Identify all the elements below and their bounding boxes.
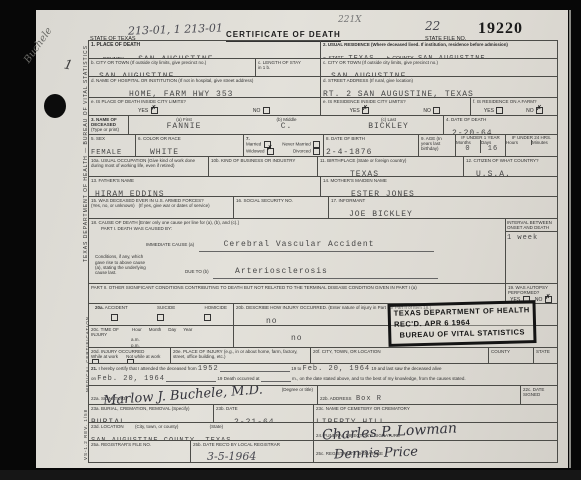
last-name-cell: (c) Last BICKLEY (334, 116, 444, 135)
length-of-stay-note: in 1 b. (258, 65, 318, 70)
first-name-cell: (a) First FANNIE (129, 116, 239, 135)
interval-cell: INTERVAL BETWEEN ONSET AND DEATH 1 week (506, 219, 558, 284)
residence-limits-no-checkbox (433, 107, 440, 114)
street-address-value: RT. 2 SAN AUGUSTINE, TEXAS (323, 90, 474, 98)
under-24-hrs-cell: IF UNDER 24 HRS. Hours Minutes (506, 135, 558, 157)
date-of-birth-cell: 8. DATE OF BIRTH 2-4-1876 (324, 135, 419, 157)
certify-to-word: to (297, 366, 301, 371)
suicide-label: SUICIDE (157, 305, 175, 310)
registrar-signature-cell: 25c. REGISTRAR'S SIGNATURE Dennis Price (314, 441, 558, 463)
death-occurred-label: Death occurred at (224, 376, 260, 381)
corner-pencil-note: Buchele (22, 26, 54, 66)
ssn-cell: 16. SOCIAL SECURITY NO. (234, 197, 329, 219)
accident-label: ACCIDENT (105, 305, 128, 310)
never-married-label: Never Married (282, 142, 311, 147)
death-occurred-text: m., on the date stated above, and to the… (292, 376, 466, 381)
handwritten-title-note: 221X (338, 15, 362, 25)
pod-city-limits-label: e. IS PLACE OF DEATH INSIDE CITY LIMITS? (91, 99, 318, 104)
injury-county-cell: COUNTY (489, 348, 534, 364)
registrar-received-value: 3-5-1964 (207, 450, 256, 463)
burial-type-cell: 23a. BURIAL, CREMATION, REMOVAL (Specify… (89, 405, 214, 423)
registrar-file-label: 25a. REGISTRAR'S FILE NO. (91, 442, 188, 447)
handwritten-file-numbers: 213-01, 1 213-01 (128, 21, 223, 37)
birthplace-cell: 11. BIRTHPLACE (State or foreign country… (318, 157, 464, 177)
name-note: (Type or print) (91, 127, 126, 132)
registrar-signature: Dennis Price (334, 445, 418, 463)
months-value: 0 (456, 145, 480, 153)
pod-limits-yes-checkbox: ✗ (151, 107, 158, 114)
describe-injury-value: no (266, 317, 278, 326)
occupation-label: 10a. USUAL OCCUPATION (Give kind of work… (91, 158, 206, 168)
location-note2: (State) (210, 424, 224, 429)
conditions-note: Conditions, if any, which gave rise to a… (95, 254, 147, 284)
yes-label: YES (350, 108, 360, 114)
burial-type-label: 23a. BURIAL, CREMATION, REMOVAL (Specify… (91, 406, 211, 411)
certify-year2: 19 (371, 366, 376, 371)
homicide-checkbox (204, 314, 211, 321)
age-cell: 9. AGE (In years last birthday) 88 (419, 135, 456, 157)
burial-date-label: 23b. DATE (216, 406, 311, 411)
father-name-label: 13. FATHER'S NAME (91, 178, 318, 183)
date-of-birth-label: 8. DATE OF BIRTH (326, 136, 416, 141)
attended-from-value: 1952 (198, 365, 219, 373)
physician-address-cell: 22b. ADDRESS Box R San Augustine, Texas. (318, 386, 521, 405)
due-to-b-value: Arteriosclerosis (235, 267, 328, 276)
attended-to-value: Feb. 20, 1964 (303, 365, 371, 373)
first-name-value: FANNIE (131, 122, 237, 131)
name-of-deceased-label: 3. NAME OF DECEASED (91, 117, 117, 127)
hospital-cell: d. NAME OF HOSPITAL OR INSTITUTION (If n… (89, 77, 321, 98)
pod-city-label: b. CITY OR TOWN (If outside city limits,… (91, 60, 253, 65)
race-label: 6. COLOR OR RACE (138, 136, 241, 141)
physician-signature: Marlow J. Buchele, M.D. (103, 386, 264, 405)
injury-state-label: STATE (536, 349, 555, 354)
part1-label: PART I. DEATH WAS CAUSED BY: (101, 226, 503, 231)
time-of-injury-cell: 20c. TIME OF INJURY Hour Month Day Year … (89, 326, 234, 348)
widowed-label: Widowed (246, 149, 265, 154)
place-of-death-section-label: 1. PLACE OF DEATH (91, 42, 140, 48)
residence-city-limits-cell: e. IS RESIDENCE INSIDE CITY LIMITS? YES … (321, 98, 471, 116)
burial-location-cell: 23d. LOCATION (City, town, or county) (S… (89, 423, 314, 441)
no-label: NO (253, 108, 261, 114)
armed-forces-cell: 15. WAS DECEASED EVER IN U.S. ARMED FORC… (89, 197, 234, 219)
certify-year1: 19 (291, 366, 296, 371)
informant-value: JOE BICKLEY (349, 210, 413, 219)
citizen-value: U.S.A. (476, 170, 511, 177)
certify-number: 21. (91, 366, 97, 371)
ssn-label: 16. SOCIAL SECURITY NO. (236, 198, 326, 203)
days-value: 16 (481, 145, 505, 153)
usual-residence-section-label: 2. USUAL RESIDENCE (Where deceased lived… (323, 42, 508, 47)
father-name-value: HIRAM EDDINS (95, 190, 165, 197)
injury-a-number: 20a. (95, 305, 104, 310)
hospital-note: (If not in hospital, give street address… (178, 78, 253, 83)
hour-label: Hour (132, 327, 142, 337)
injury-city-label: 20f. CITY, TOWN, OR LOCATION (313, 349, 486, 354)
last-seen-alive-value: Feb. 20, 1964 (97, 375, 165, 383)
business-label: 10b. KIND OF BUSINESS OR INDUSTRY (211, 158, 315, 163)
pm-label: p.m. (131, 343, 140, 348)
last-name-value: BICKLEY (336, 122, 441, 131)
armed-forces-note2: (If yes, give war or dates of service) (139, 203, 210, 208)
interval-label: INTERVAL BETWEEN ONSET AND DEATH (506, 219, 557, 232)
married-label: Married (246, 142, 261, 147)
birthplace-value: TEXAS (350, 170, 379, 177)
immediate-cause-value: Cerebral Vascular Accident (224, 240, 375, 249)
injury-city-cell: 20f. CITY, TOWN, OR LOCATION no (311, 348, 489, 364)
hospital-value: HOME, FARM HWY 353 (129, 90, 233, 98)
divorced-checkbox (313, 148, 320, 155)
farm-yes-checkbox (496, 107, 503, 114)
accident-suicide-homicide-cell: 20a. ACCIDENT SUICIDE HOMICIDE (89, 304, 234, 326)
corner-pencil-number: 1 (63, 57, 74, 73)
cemetery-label: 23c. NAME OF CEMETERY OR CREMATORY (316, 406, 555, 411)
injury-state-cell: STATE (534, 348, 558, 364)
pod-limits-no-checkbox (263, 107, 270, 114)
yes-label: YES (484, 108, 494, 114)
hospital-label: d. NAME OF HOSPITAL OR INSTITUTION (91, 78, 177, 83)
funeral-director-signature: Charles P. Lowman (322, 423, 458, 441)
armed-forces-note1: (Yes, no, or unknown) (91, 203, 135, 208)
time-of-injury-label: 20c. TIME OF INJURY (91, 327, 125, 337)
street-address-cell: d. STREET ADDRESS (If rural, give locati… (321, 77, 558, 98)
father-name-cell: 13. FATHER'S NAME HIRAM EDDINS (89, 177, 321, 197)
registrar-file-cell: 25a. REGISTRAR'S FILE NO. (89, 441, 191, 463)
injury-occurred-cell: 20d. INJURY OCCURRED While at work Not w… (89, 348, 171, 364)
certify-text2: and last saw the deceased alive (378, 366, 442, 371)
farm-no-checkbox: ✗ (536, 107, 543, 114)
homicide-label: HOMICIDE (205, 305, 228, 310)
informant-label: 17. INFORMANT (331, 198, 555, 203)
location-note1: (City, town, or county) (135, 424, 178, 429)
date-of-death-cell: 4. DATE OF DEATH 2-20-64 (444, 116, 558, 135)
injury-county-label: COUNTY (491, 349, 531, 354)
residence-city-cell: c. CITY OR TOWN (If outside city limits,… (321, 59, 558, 77)
under-one-year-cell: IF UNDER 1 YEAR Months 0 Days 16 (456, 135, 506, 157)
middle-name-value: C. (241, 122, 332, 131)
location-label: 23d. LOCATION (91, 424, 124, 429)
never-married-checkbox (313, 141, 320, 148)
sex-cell: 5. SEX FEMALE (89, 135, 136, 157)
no-label: NO (535, 297, 543, 303)
funeral-director-cell: 24. FUNERAL DIRECTOR'S SIGNATURE Charles… (314, 423, 558, 441)
race-cell: 6. COLOR OR RACE WHITE (136, 135, 244, 157)
race-value: WHITE (150, 148, 179, 157)
burial-date-cell: 23b. DATE 2-21-64 (214, 405, 314, 423)
street-address-label: d. STREET ADDRESS (If rural, give locati… (323, 78, 555, 83)
sex-label: 5. SEX (91, 136, 133, 141)
minutes-label: Minutes (532, 140, 557, 145)
certify-on-word: on (91, 376, 96, 381)
middle-name-cell: (b) Middle C. (239, 116, 334, 135)
citizen-cell: 12. CITIZEN OF WHAT COUNTRY? U.S.A. (464, 157, 558, 177)
date-of-birth-value: 2-4-1876 (326, 148, 372, 157)
cause-of-death-cell: 18. CAUSE OF DEATH [Enter only one cause… (89, 219, 506, 284)
suicide-checkbox (157, 314, 164, 321)
birthplace-label: 11. BIRTHPLACE (State or foreign country… (320, 158, 461, 163)
degree-note: (Degree or title) (282, 387, 313, 392)
residence-farm-cell: f. IS RESIDENCE ON A FARM? YES NO ✗ (471, 98, 558, 116)
occupation-cell: 10a. USUAL OCCUPATION (Give kind of work… (89, 157, 209, 177)
certificate-number: 19220 (478, 20, 523, 38)
hours-label: Hours (506, 140, 531, 145)
no-label: NO (423, 108, 431, 114)
residence-city-label: c. CITY OR TOWN (If outside city limits,… (323, 60, 555, 65)
place-of-injury-label: 20e. PLACE OF INJURY (e.g., in or about … (173, 349, 308, 359)
sex-value: FEMALE (91, 149, 122, 157)
immediate-cause-label: IMMEDIATE CAUSE (a) (146, 242, 194, 247)
informant-cell: 17. INFORMANT JOE BICKLEY (329, 197, 558, 219)
residence-city-limits-label: e. IS RESIDENCE INSIDE CITY LIMITS? (323, 99, 468, 104)
no-label: NO (526, 108, 534, 114)
widowed-checkbox: ✗ (267, 148, 274, 155)
registrar-received-cell: 25b. DATE REC'D BY LOCAL REGISTRAR 3-5-1… (191, 441, 314, 463)
residence-farm-label: f. IS RESIDENCE ON A FARM? (473, 99, 555, 104)
page-edge-highlight (569, 10, 571, 468)
part2-label: PART II. OTHER SIGNIFICANT CONDITIONS CO… (91, 285, 503, 290)
physician-address-label: 22b. ADDRESS (320, 396, 352, 401)
month-label: Month (149, 327, 162, 337)
business-cell: 10b. KIND OF BUSINESS OR INDUSTRY (209, 157, 318, 177)
place-of-death-county-cell: 1. PLACE OF DEATH a. COUNTY SAN AUGUSTIN… (89, 41, 321, 59)
day-label: Day (168, 327, 176, 337)
physician-signature-cell: 22a. SIGNATURE Marlow J. Buchele, M.D. (… (89, 386, 318, 405)
certify-year3: 19 (217, 376, 222, 381)
due-to-b-label: DUE TO (b) (185, 269, 209, 274)
cause-of-death-label: 18. CAUSE OF DEATH [Enter only one cause… (91, 220, 503, 225)
name-label-cell: 3. NAME OF DECEASED (Type or print) (89, 116, 129, 135)
accident-checkbox (111, 314, 118, 321)
usual-residence-cell: 2. USUAL RESIDENCE (Where deceased lived… (321, 41, 558, 59)
place-of-death-city-cell: b. CITY OR TOWN (If outside city limits,… (89, 59, 256, 77)
date-signed-label: 22c. DATE SIGNED (523, 387, 555, 397)
registrar-received-label: 25b. DATE REC'D BY LOCAL REGISTRAR (193, 442, 311, 447)
autopsy-no-checkbox: ✗ (545, 296, 552, 303)
residence-limits-yes-checkbox: ✗ (362, 107, 369, 114)
certify-text1: I hereby certify that I attended the dec… (99, 366, 197, 371)
yes-label: YES (138, 108, 148, 114)
mother-name-value: ESTER JONES (351, 190, 415, 197)
age-label: 9. AGE (In years last birthday) (421, 136, 453, 152)
received-stamp: TEXAS DEPARTMENT OF HEALTH REC'D. APR 6 … (387, 300, 536, 346)
marital-status-cell: 7. Married Never Married Widowed ✗ Divor… (244, 135, 324, 157)
cemetery-cell: 23c. NAME OF CEMETERY OR CREMATORY LIBER… (314, 405, 558, 423)
date-of-death-label: 4. DATE OF DEATH (446, 117, 555, 122)
year-label: Year (183, 327, 192, 337)
divorced-label: Divorced (293, 149, 311, 154)
death-certificate-form: 1. PLACE OF DEATH a. COUNTY SAN AUGUSTIN… (88, 40, 558, 463)
mother-name-label: 14. MOTHER'S MAIDEN NAME (323, 178, 555, 183)
time-of-injury-value: no (291, 334, 303, 343)
part2-cell: PART II. OTHER SIGNIFICANT CONDITIONS CO… (89, 284, 506, 304)
citizen-label: 12. CITIZEN OF WHAT COUNTRY? (466, 158, 555, 163)
scan-bottom-band (0, 470, 581, 480)
mother-name-cell: 14. MOTHER'S MAIDEN NAME ESTER JONES (321, 177, 558, 197)
date-signed-cell: 22c. DATE SIGNED 2/25/64 (521, 386, 558, 405)
length-of-stay-cell: c. LENGTH OF STAY in 1 b. (256, 59, 321, 77)
handwritten-state-file-no: 22 (425, 19, 440, 33)
interval-value: 1 week (506, 232, 557, 244)
certificate-paper: Buchele 1 TEXAS DEPARTMENT OF HEALTH — B… (36, 10, 568, 468)
place-of-injury-cell: 20e. PLACE OF INJURY (e.g., in or about … (171, 348, 311, 364)
hole-punch-mark (44, 94, 66, 118)
certification-statement-cell: 21. I hereby certify that I attended the… (89, 364, 558, 386)
physician-address-line1: Box R (356, 395, 382, 403)
pod-city-limits-cell: e. IS PLACE OF DEATH INSIDE CITY LIMITS?… (89, 98, 321, 116)
